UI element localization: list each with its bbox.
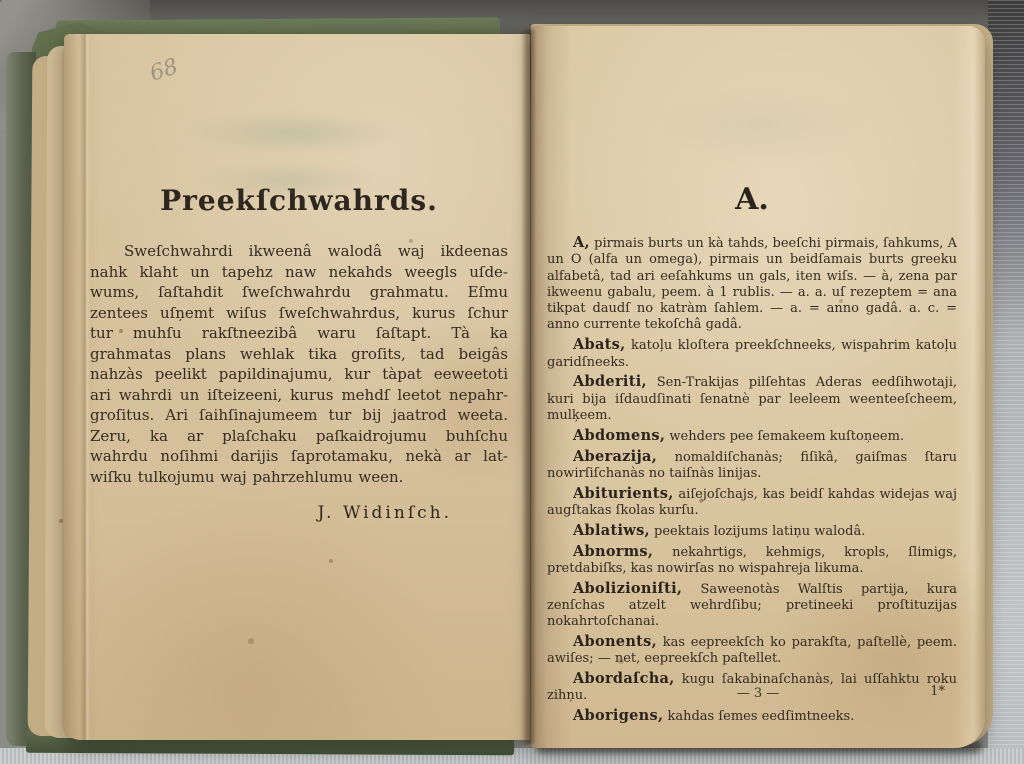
author-signature: J. Widinſch.	[90, 503, 508, 523]
dictionary-entry: Aborigens, kahdas ſemes eedſimtneeks.	[547, 708, 957, 725]
page-footer: — 3 — 1*	[531, 686, 985, 702]
dictionary-entry: Abdomens, wehders pee ſemakeem kuſtoņeem…	[547, 428, 957, 445]
entry-definition: peektais lozijums latiņu walodâ.	[654, 524, 865, 539]
preface-paragraph: Sweſchwahrdi ikweenâ walodâ waj ikdeenas…	[90, 241, 508, 487]
entry-headword: Ablatiws,	[573, 522, 650, 539]
show-through-smudge	[620, 80, 900, 170]
entry-headword: Abdomens,	[573, 427, 665, 444]
preface-line: nahk klaht un tapehz naw nekahds weegls …	[90, 262, 508, 283]
entry-headword: Abolizioniſti,	[573, 580, 682, 597]
dictionary-entry: Ablatiws, peektais lozijums latiņu walod…	[547, 523, 957, 540]
preface-line: Zeru, ka ar plaſchaku paſkaidrojumu buhſ…	[90, 426, 508, 447]
book-gutter-shadow	[521, 30, 535, 744]
preface-line: tur muhſu rakſtneezibâ waru ſaſtapt. Tà …	[90, 323, 508, 344]
preface-line: wiſku tulkojumu waj pahrzehlumu ween.	[90, 467, 508, 488]
show-through-smudge	[150, 110, 440, 156]
entry-headword: Abordaſcha,	[573, 670, 675, 687]
age-spots	[0, 0, 2, 2]
preface-line: wahrdu noſihmi darijis ſaprotamaku, nekà…	[90, 446, 508, 467]
preface-line: ari wahrdi un iſteizeeni, kurus mehdſ le…	[90, 385, 508, 406]
entry-definition: pirmais burts un kà tahds, beeſchi pirma…	[547, 236, 957, 332]
dictionary-entry: Abnorms, nekahrtigs, kehmigs, kropls, ſl…	[547, 544, 957, 578]
entry-headword: Abiturients,	[573, 485, 674, 502]
entry-headword: A,	[573, 234, 590, 251]
entry-definition: wehders pee ſemakeem kuſtoņeem.	[669, 429, 904, 444]
preface-line: grahmatas plans wehlak tika groſits, tad…	[90, 344, 508, 365]
entry-headword: Abnorms,	[573, 543, 653, 560]
entry-headword: Aberazija,	[573, 448, 657, 465]
entry-headword: Abonents,	[573, 633, 657, 650]
dictionary-entry: Abolizioniſti, Saweenotàs Walſtis partij…	[547, 581, 957, 631]
dictionary-entry: A, pirmais burts un kà tahds, beeſchi pi…	[547, 235, 957, 334]
scanner-edge-right	[988, 0, 1024, 764]
entry-headword: Aborigens,	[573, 707, 663, 724]
preface-line: wums, ſaſtahdit ſweſchwahrdu grahmatu. E…	[90, 282, 508, 303]
entry-headword: Abats,	[573, 336, 626, 353]
photo-background: Preekſchwahrds. Sweſchwahrdi ikweenâ wal…	[0, 0, 1024, 764]
section-heading: A.	[547, 182, 957, 217]
dictionary-entry: Abats, katoļu kloſtera preekſchneeks, wi…	[547, 337, 957, 371]
dictionary-entry: Abderiti, Sen-Trakijas pilſehtas Aderas …	[547, 374, 957, 424]
preface-line: groſitus. Ari ſaihſinajumeem tur bij jaa…	[90, 405, 508, 426]
dictionary-entry: Abiturients, aiſejoſchajs, kas beidſ kah…	[547, 486, 957, 520]
entry-definition: kahdas ſemes eedſimtneeks.	[667, 709, 854, 724]
preface-line: zentees uſņemt wiſus ſweſchwahrdus, kuru…	[90, 303, 508, 324]
dictionary-entry: Aberazija, nomaldiſchanàs; fiſikâ, gaiſm…	[547, 449, 957, 483]
scanner-texture	[988, 0, 1024, 764]
preface-line: Sweſchwahrdi ikweenâ walodâ waj ikdeenas	[90, 241, 508, 262]
page-number: — 3 —	[531, 686, 985, 701]
preface-line: nahzàs peelikt papildinajumu, kur tàpat …	[90, 364, 508, 385]
show-through-smudge	[170, 160, 410, 200]
entry-headword: Abderiti,	[573, 373, 647, 390]
signature-mark: 1*	[930, 684, 945, 699]
dictionary-entries: A, pirmais burts un kà tahds, beeſchi pi…	[547, 235, 957, 726]
dictionary-entry: Abonents, kas eepreekſch ko parakſta, pa…	[547, 634, 957, 668]
